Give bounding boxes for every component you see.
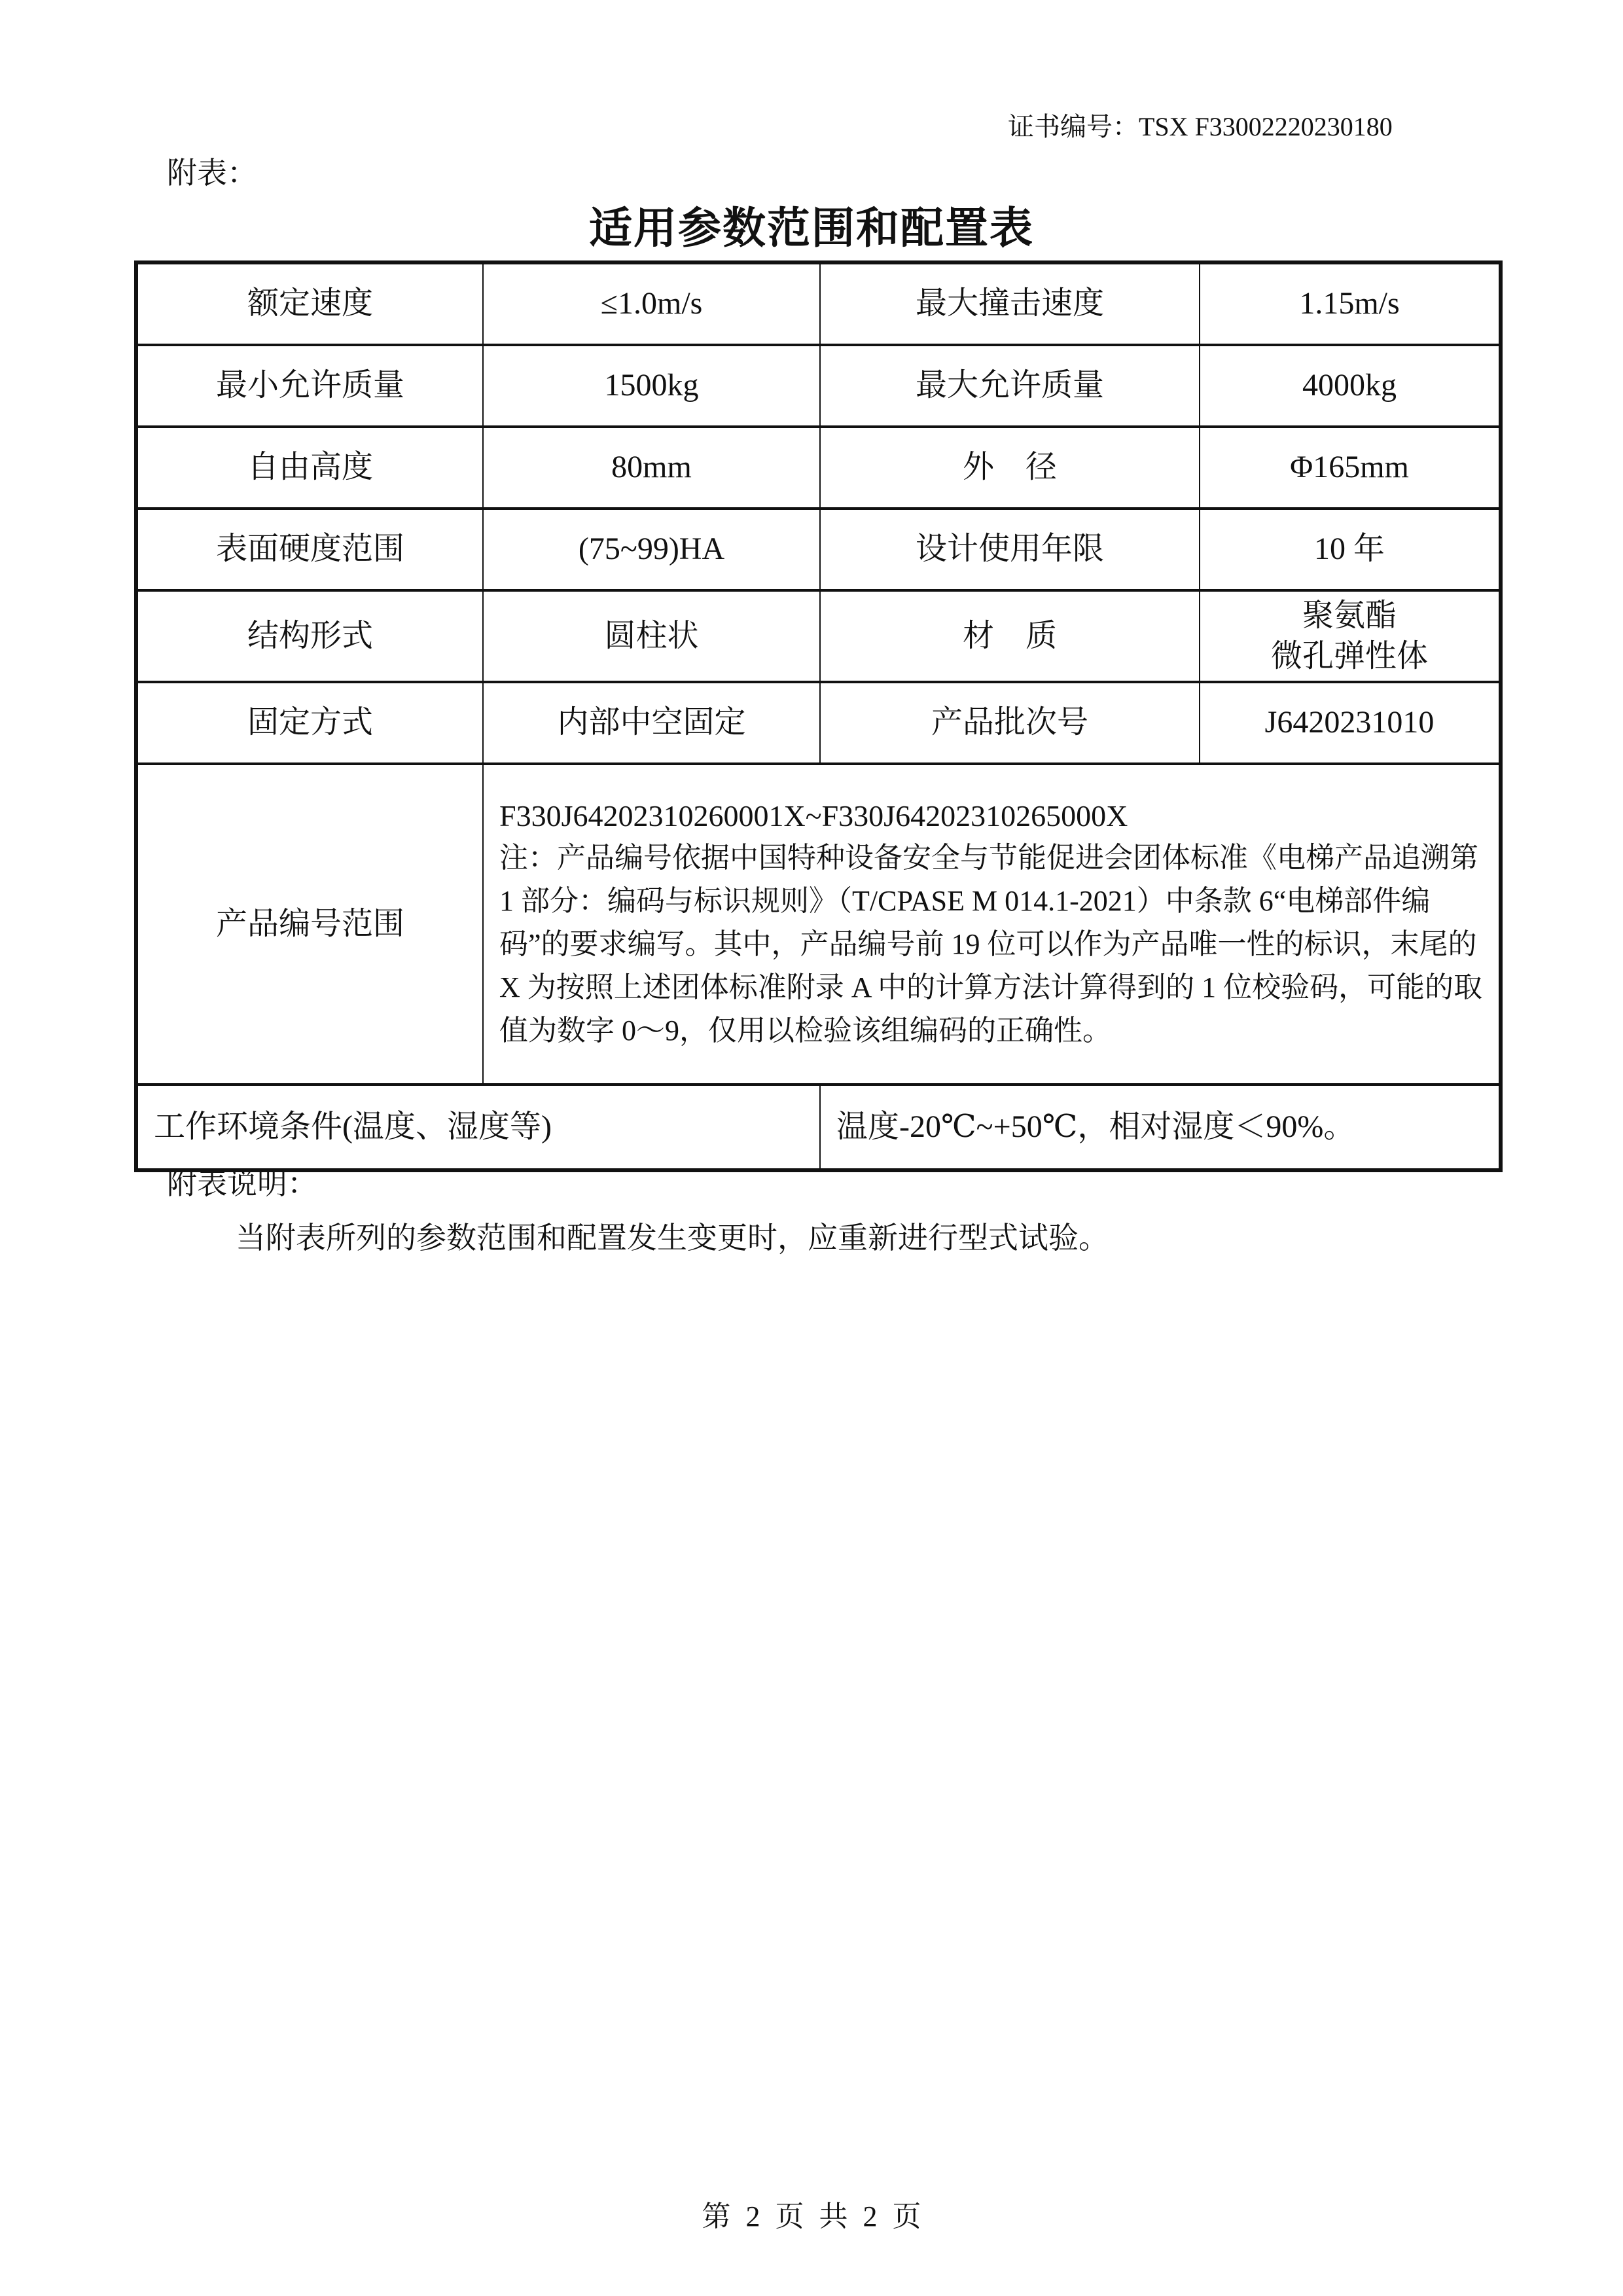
appendix-label: 附表： bbox=[167, 149, 257, 192]
table-row: 自由高度 80mm 外 径 Φ165mm bbox=[136, 427, 1501, 509]
cell-label: 材 质 bbox=[820, 590, 1200, 682]
table-row: 最小允许质量 1500kg 最大允许质量 4000kg bbox=[136, 345, 1501, 427]
cell-label: 最大撞击速度 bbox=[820, 262, 1200, 345]
page-title: 适用参数范围和配置表 bbox=[0, 193, 1623, 255]
cell-label: 最大允许质量 bbox=[820, 345, 1200, 427]
product-range-cell: F330J64202310260001X~F330J64202310265000… bbox=[483, 764, 1501, 1085]
cell-value: 10 年 bbox=[1200, 509, 1501, 590]
cell-value: ≤1.0m/s bbox=[483, 262, 820, 345]
cell-label: 自由高度 bbox=[136, 427, 483, 509]
cell-value: 80mm bbox=[483, 427, 820, 509]
cell-label: 结构形式 bbox=[136, 590, 483, 682]
cell-label: 外 径 bbox=[820, 427, 1200, 509]
certificate-number: 证书编号：TSX F33002220230180 bbox=[1008, 106, 1393, 143]
product-number-range: F330J64202310260001X~F330J64202310265000… bbox=[499, 796, 1483, 836]
cell-label: 设计使用年限 bbox=[820, 509, 1200, 590]
cell-label: 产品编号范围 bbox=[136, 764, 483, 1085]
table-row-product-range: 产品编号范围 F330J64202310260001X~F330J6420231… bbox=[136, 764, 1501, 1085]
table-row-environment: 工作环境条件(温度、湿度等) 温度-20℃~+50℃，相对湿度＜90%。 bbox=[136, 1085, 1501, 1170]
page-indicator: 第 2 页 共 2 页 bbox=[0, 2193, 1623, 2234]
cell-label: 额定速度 bbox=[136, 262, 483, 345]
environment-value: 温度-20℃~+50℃，相对湿度＜90%。 bbox=[820, 1085, 1501, 1170]
table-row: 额定速度 ≤1.0m/s 最大撞击速度 1.15m/s bbox=[136, 262, 1501, 345]
cell-value: J6420231010 bbox=[1200, 682, 1501, 764]
table-row: 固定方式 内部中空固定 产品批次号 J6420231010 bbox=[136, 682, 1501, 764]
table-row: 表面硬度范围 (75~99)HA 设计使用年限 10 年 bbox=[136, 509, 1501, 590]
cell-value: 内部中空固定 bbox=[483, 682, 820, 764]
cell-label: 表面硬度范围 bbox=[136, 509, 483, 590]
notes-body: 当附表所列的参数范围和配置发生变更时，应重新进行型式试验。 bbox=[236, 1214, 1109, 1257]
table-row: 结构形式 圆柱状 材 质 聚氨酯 微孔弹性体 bbox=[136, 590, 1501, 682]
cell-value: 1500kg bbox=[483, 345, 820, 427]
cell-label: 产品批次号 bbox=[820, 682, 1200, 764]
cell-value: 1.15m/s bbox=[1200, 262, 1501, 345]
cell-value: Φ165mm bbox=[1200, 427, 1501, 509]
notes-title: 附表说明： bbox=[167, 1160, 317, 1203]
cell-label: 固定方式 bbox=[136, 682, 483, 764]
environment-label: 工作环境条件(温度、湿度等) bbox=[136, 1085, 820, 1170]
product-number-note: 注：产品编号依据中国特种设备安全与节能促进会团体标准《电梯产品追溯第 1 部分：… bbox=[499, 836, 1483, 1052]
cell-value: 聚氨酯 微孔弹性体 bbox=[1200, 590, 1501, 682]
parameter-table: 额定速度 ≤1.0m/s 最大撞击速度 1.15m/s 最小允许质量 1500k… bbox=[134, 260, 1503, 1172]
cell-value: 圆柱状 bbox=[483, 590, 820, 682]
material-line-2: 微孔弹性体 bbox=[1205, 636, 1493, 677]
cell-label: 最小允许质量 bbox=[136, 345, 483, 427]
parameter-table-container: 额定速度 ≤1.0m/s 最大撞击速度 1.15m/s 最小允许质量 1500k… bbox=[134, 260, 1499, 1172]
material-line-1: 聚氨酯 bbox=[1205, 596, 1493, 636]
cell-value: 4000kg bbox=[1200, 345, 1501, 427]
cell-value: (75~99)HA bbox=[483, 509, 820, 590]
